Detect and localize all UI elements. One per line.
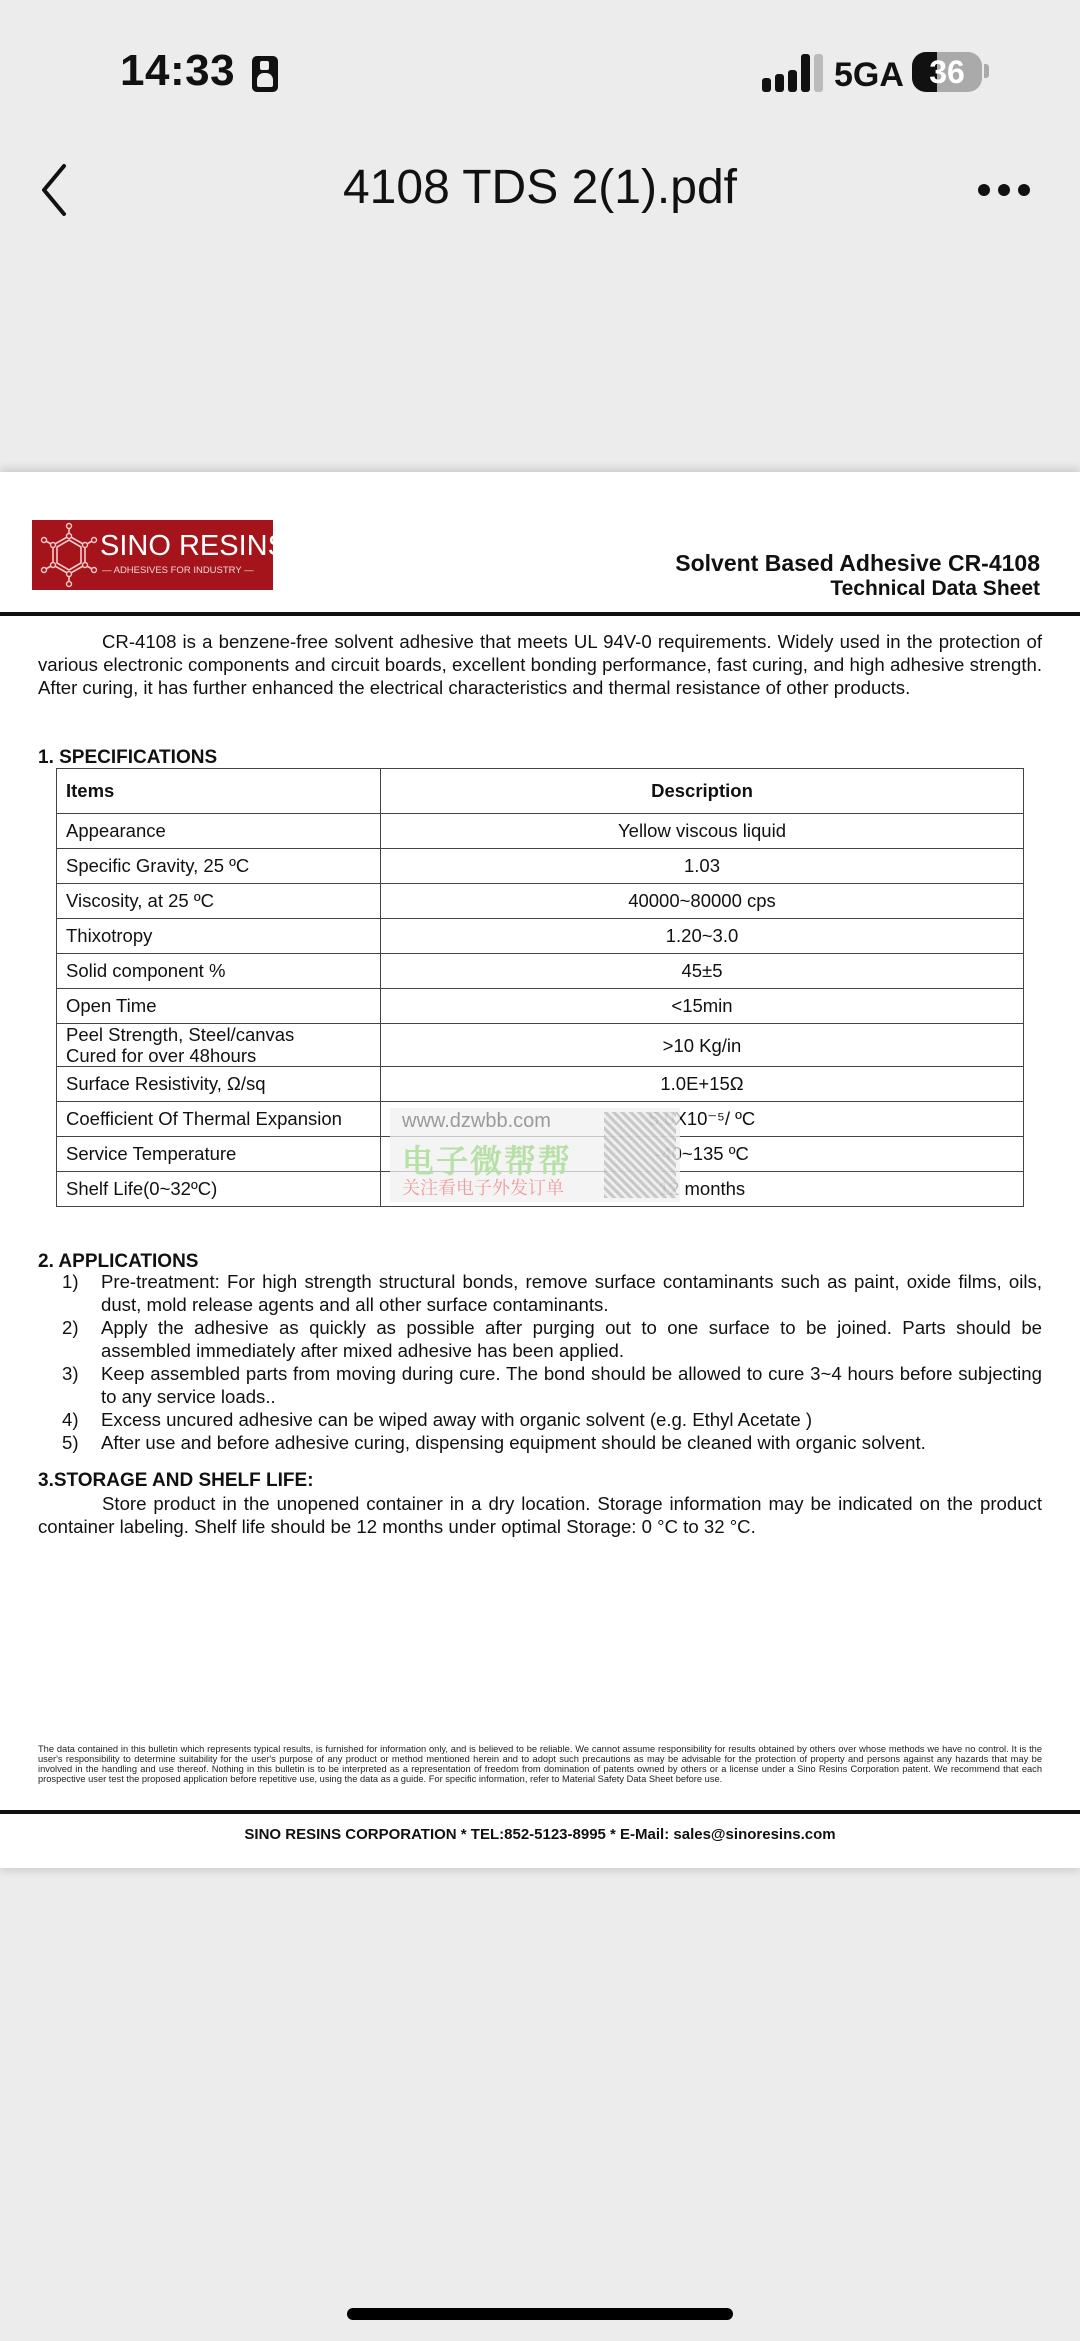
doc-subtitle: Technical Data Sheet [830, 577, 1040, 601]
pdf-page[interactable]: SINO RESINS — ADHESIVES FOR INDUSTRY — S… [0, 472, 1080, 1868]
battery-icon: 36 [912, 52, 982, 92]
footer-contact: SINO RESINS CORPORATION * TEL:852-5123-8… [0, 1826, 1080, 1843]
spec-item: Solid component % [57, 954, 381, 989]
spec-value: <15min [381, 989, 1024, 1024]
table-row: Open Time<15min [57, 989, 1024, 1024]
signal-bar [801, 54, 810, 92]
list-number: 5) [62, 1431, 79, 1454]
column-header-description: Description [381, 769, 1024, 814]
list-item: 1)Pre-treatment: For high strength struc… [38, 1270, 1042, 1316]
table-header-row: Items Description [57, 769, 1024, 814]
logo-name: SINO RESINS [100, 530, 287, 563]
table-row: Solid component %45±5 [57, 954, 1024, 989]
table-row: Thixotropy1.20~3.0 [57, 919, 1024, 954]
spec-item: Open Time [57, 989, 381, 1024]
table-row: AppearanceYellow viscous liquid [57, 814, 1024, 849]
signal-bar [762, 78, 771, 92]
table-row: Coefficient Of Thermal Expansion5.0X10⁻⁵… [57, 1102, 1024, 1137]
spec-value: 1.20~3.0 [381, 919, 1024, 954]
signal-bar [788, 70, 797, 92]
list-text: After use and before adhesive curing, di… [101, 1432, 926, 1453]
list-item: 2)Apply the adhesive as quickly as possi… [38, 1316, 1042, 1362]
network-type: 5GA [834, 56, 904, 95]
signal-bar [775, 74, 784, 92]
spec-value: 1.03 [381, 849, 1024, 884]
spec-item: Coefficient Of Thermal Expansion [57, 1102, 381, 1137]
intro-paragraph: CR-4108 is a benzene-free solvent adhesi… [38, 630, 1042, 699]
spec-value: 45±5 [381, 954, 1024, 989]
spec-item: Peel Strength, Steel/canvas Cured for ov… [57, 1024, 381, 1067]
list-number: 1) [62, 1270, 79, 1293]
spec-item: Viscosity, at 25 ºC [57, 884, 381, 919]
signal-icon [762, 54, 826, 92]
status-time: 14:33 [120, 46, 235, 96]
list-text: Apply the adhesive as quickly as possibl… [101, 1317, 1042, 1361]
specifications-table: Items Description AppearanceYellow visco… [56, 768, 1024, 1207]
spec-value: -40~135 ºC [381, 1137, 1024, 1172]
list-number: 3) [62, 1362, 79, 1385]
table-row: Surface Resistivity, Ω/sq1.0E+15Ω [57, 1067, 1024, 1102]
spec-item: Service Temperature [57, 1137, 381, 1172]
logo-tagline: — ADHESIVES FOR INDUSTRY — [102, 565, 254, 576]
contact-card-icon [252, 56, 278, 92]
signal-bar [814, 54, 823, 92]
spec-value: 40000~80000 cps [381, 884, 1024, 919]
table-row: Shelf Life(0~32ºC)12 months [57, 1172, 1024, 1207]
list-number: 2) [62, 1316, 79, 1339]
spec-item: Appearance [57, 814, 381, 849]
spec-value: 12 months [381, 1172, 1024, 1207]
applications-list: 1)Pre-treatment: For high strength struc… [38, 1270, 1042, 1454]
battery-percent: 36 [912, 54, 982, 91]
list-text: Keep assembled parts from moving during … [101, 1363, 1042, 1407]
spec-item: Shelf Life(0~32ºC) [57, 1172, 381, 1207]
column-header-items: Items [57, 769, 381, 814]
more-dot [998, 184, 1010, 196]
specifications-heading: 1. SPECIFICATIONS [38, 747, 217, 769]
spec-value: >10 Kg/in [381, 1024, 1024, 1067]
home-indicator[interactable] [347, 2308, 733, 2320]
list-text: Excess uncured adhesive can be wiped awa… [101, 1409, 812, 1430]
footer-divider [0, 1810, 1080, 1814]
battery-tip [984, 64, 989, 78]
table-row: Specific Gravity, 25 ºC1.03 [57, 849, 1024, 884]
doc-title: Solvent Based Adhesive CR-4108 [675, 550, 1040, 577]
list-item: 3)Keep assembled parts from moving durin… [38, 1362, 1042, 1408]
list-text: Pre-treatment: For high strength structu… [101, 1271, 1042, 1315]
table-row: Peel Strength, Steel/canvas Cured for ov… [57, 1024, 1024, 1067]
spec-item: Thixotropy [57, 919, 381, 954]
more-horizontal-icon [978, 184, 990, 196]
list-number: 4) [62, 1408, 79, 1431]
spec-item: Specific Gravity, 25 ºC [57, 849, 381, 884]
table-row: Viscosity, at 25 ºC40000~80000 cps [57, 884, 1024, 919]
table-row: Service Temperature-40~135 ºC [57, 1137, 1024, 1172]
list-item: 4)Excess uncured adhesive can be wiped a… [38, 1408, 1042, 1431]
storage-paragraph: Store product in the unopened container … [38, 1492, 1042, 1538]
spec-item: Surface Resistivity, Ω/sq [57, 1067, 381, 1102]
spec-value: Yellow viscous liquid [381, 814, 1024, 849]
more-options-button[interactable] [976, 180, 1036, 200]
header-divider [0, 612, 1080, 616]
company-logo: SINO RESINS — ADHESIVES FOR INDUSTRY — [32, 520, 273, 590]
document-title: 4108 TDS 2(1).pdf [0, 160, 1080, 215]
disclaimer: The data contained in this bulletin whic… [38, 1744, 1042, 1784]
spec-value: 1.0E+15Ω [381, 1067, 1024, 1102]
list-item: 5)After use and before adhesive curing, … [38, 1431, 1042, 1454]
storage-heading: 3.STORAGE AND SHELF LIFE: [38, 1470, 314, 1492]
spec-value: 5.0X10⁻⁵/ ºC [381, 1102, 1024, 1137]
more-dot [1018, 184, 1030, 196]
benzene-ring-icon [38, 522, 100, 588]
